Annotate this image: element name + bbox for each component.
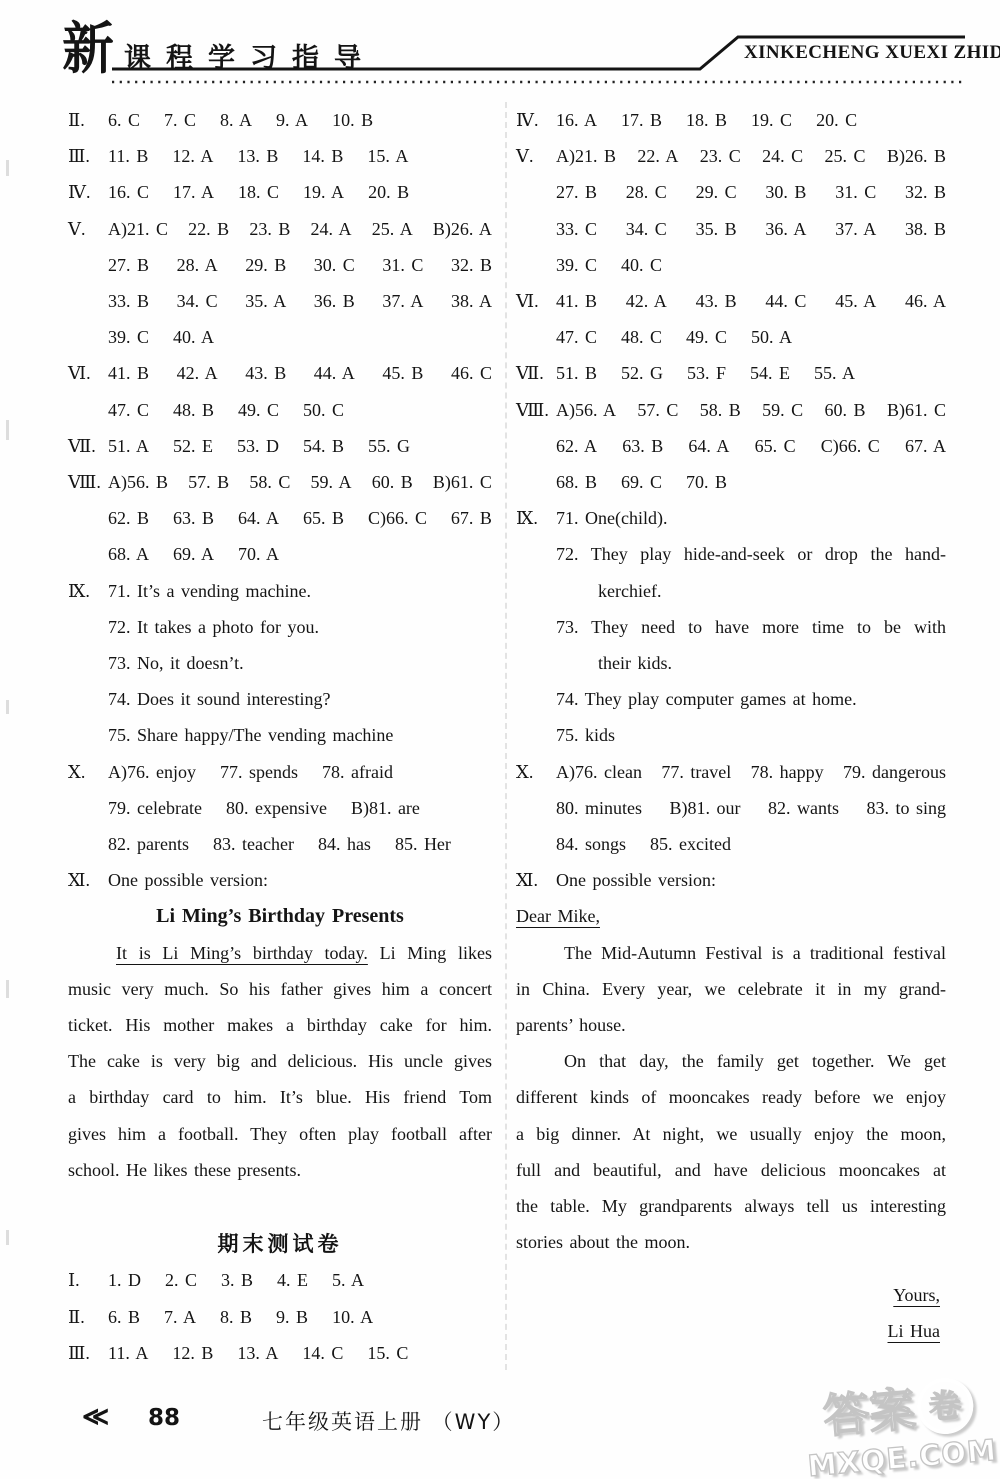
answer-item: 60. B bbox=[825, 392, 866, 428]
answer-item: 43. B bbox=[696, 283, 737, 319]
text-line: school. He likes these presents. bbox=[68, 1152, 492, 1188]
text-line: The cake is very big and delicious. His … bbox=[68, 1043, 492, 1079]
answer-row: 80. minutesB)81. our82. wants83. to sing bbox=[516, 790, 946, 826]
text-line: It is Li Ming’s birthday today. Li Ming … bbox=[68, 935, 492, 971]
section-numeral: Ⅸ. bbox=[516, 500, 556, 536]
answer-item: 7. A bbox=[164, 1299, 196, 1335]
answer-item: 77. spends bbox=[220, 754, 298, 790]
text-segment: Li Ming likes bbox=[368, 943, 492, 963]
answer-item: 45. A bbox=[835, 283, 876, 319]
answer-row: Ⅷ.A)56. A57. C58. B59. C60. BB)61. C bbox=[516, 392, 946, 428]
answer-item: 17. B bbox=[621, 102, 662, 138]
answer-row: Ⅵ.41. B42. A43. B44. A45. B46. C bbox=[68, 355, 492, 391]
answer-items: 39. C40. A bbox=[108, 319, 492, 355]
answer-row: Ⅰ.1. D2. C3. B4. E5. A bbox=[68, 1262, 492, 1298]
answer-item: 71. One(child). bbox=[556, 500, 667, 536]
answer-item: 63. B bbox=[622, 428, 663, 464]
answer-item: 38. A bbox=[451, 283, 492, 319]
watermark: 答案 卷 MXQE.COM bbox=[801, 1374, 998, 1479]
answer-items: A)56. A57. C58. B59. C60. BB)61. C bbox=[556, 392, 946, 428]
answer-item: 50. C bbox=[303, 392, 344, 428]
answer-item: 9. B bbox=[276, 1299, 308, 1335]
answer-items: 6. B7. A8. B9. B10. A bbox=[108, 1299, 492, 1335]
answer-items: One possible version: bbox=[108, 862, 492, 898]
answer-item: 47. C bbox=[108, 392, 149, 428]
answer-items: 27. B28. A29. B30. C31. C32. B bbox=[108, 247, 492, 283]
answer-row: 79. celebrate80. expensiveB)81. are bbox=[68, 790, 492, 826]
answer-items: 62. A63. B64. A65. CC)66. C67. A bbox=[556, 428, 946, 464]
answer-items: 16. A17. B18. B19. C20. C bbox=[556, 102, 946, 138]
answer-item: 23. C bbox=[700, 138, 741, 174]
scan-artifact bbox=[6, 160, 9, 176]
section-numeral: Ⅰ. bbox=[68, 1262, 108, 1298]
text-line: full and beautiful, and have delicious m… bbox=[516, 1152, 946, 1188]
answer-item: 34. C bbox=[626, 211, 667, 247]
underlined-text: Yours, bbox=[893, 1285, 940, 1305]
answer-row: Ⅳ.16. C17. A18. C19. A20. B bbox=[68, 174, 492, 210]
text-line: 73. They need to have more time to be wi… bbox=[516, 609, 946, 645]
answer-item: 12. B bbox=[172, 1335, 213, 1371]
answer-item: 24. A bbox=[311, 211, 352, 247]
answer-item: One possible version: bbox=[108, 862, 268, 898]
answer-item: 13. B bbox=[237, 138, 278, 174]
answer-item: 60. B bbox=[372, 464, 413, 500]
answer-item: 59. C bbox=[762, 392, 803, 428]
section-numeral: Ⅶ. bbox=[516, 355, 556, 391]
answer-item: 50. A bbox=[751, 319, 792, 355]
answer-items: 68. A69. A70. A bbox=[108, 536, 492, 572]
answer-items: 79. celebrate80. expensiveB)81. are bbox=[108, 790, 492, 826]
text-line: in China. Every year, we celebrate it in… bbox=[516, 971, 946, 1007]
answer-item: 84. songs bbox=[556, 826, 626, 862]
text-line: parents’ house. bbox=[516, 1007, 946, 1043]
answer-item: 47. C bbox=[556, 319, 597, 355]
answer-item: 14. B bbox=[302, 138, 343, 174]
answer-row: Ⅴ.A)21. C22. B23. B24. A25. AB)26. A bbox=[68, 211, 492, 247]
answer-item: 29. B bbox=[245, 247, 286, 283]
answer-item: 40. C bbox=[621, 247, 662, 283]
text-line: 73. No, it doesn’t. bbox=[68, 645, 492, 681]
answer-row: Ⅲ.11. A12. B13. A14. C15. C bbox=[68, 1335, 492, 1371]
answer-item: B)61. C bbox=[433, 464, 492, 500]
answer-item: 48. B bbox=[173, 392, 214, 428]
answer-item: 6. C bbox=[108, 102, 140, 138]
answer-row: 62. B63. B64. A65. BC)66. C67. B bbox=[68, 500, 492, 536]
answer-item: 64. A bbox=[688, 428, 729, 464]
answer-row: Ⅶ.51. A52. E53. D54. B55. G bbox=[68, 428, 492, 464]
answer-item: 44. A bbox=[314, 355, 355, 391]
section-numeral: Ⅺ. bbox=[68, 862, 108, 898]
answer-item: 44. C bbox=[765, 283, 806, 319]
answer-item: 49. C bbox=[238, 392, 279, 428]
answer-item: 2. C bbox=[165, 1262, 197, 1298]
answer-item: 15. A bbox=[367, 138, 408, 174]
answer-item: C)66. C bbox=[368, 500, 427, 536]
answer-item: 10. A bbox=[332, 1299, 373, 1335]
answer-item: 67. B bbox=[451, 500, 492, 536]
answer-item: 85. excited bbox=[650, 826, 731, 862]
answer-item: A)56. B bbox=[108, 464, 168, 500]
answer-row: 82. parents83. teacher84. has85. Her bbox=[68, 826, 492, 862]
answer-items: 27. B28. C29. C30. B31. C32. B bbox=[556, 174, 946, 210]
text-line: 72. It takes a photo for you. bbox=[68, 609, 492, 645]
answer-items: 84. songs85. excited bbox=[556, 826, 946, 862]
answer-content: Ⅱ.6. C7. C8. A9. A10. BⅢ.11. B12. A13. B… bbox=[68, 102, 946, 1371]
book-title: 七年级英语上册 （WY） bbox=[262, 1406, 515, 1436]
text-line: music very much. So his father gives him… bbox=[68, 971, 492, 1007]
answer-row: Ⅱ.6. C7. C8. A9. A10. B bbox=[68, 102, 492, 138]
answer-item: 18. B bbox=[686, 102, 727, 138]
answer-item: 22. A bbox=[637, 138, 678, 174]
answer-item: B)26. B bbox=[887, 138, 946, 174]
answer-item: 25. C bbox=[825, 138, 866, 174]
watermark-brand-text: 答案 bbox=[821, 1386, 917, 1440]
answer-item: 84. has bbox=[318, 826, 371, 862]
underlined-text: It is Li Ming’s birthday today. bbox=[116, 943, 368, 963]
text-line: 74. Does it sound interesting? bbox=[68, 681, 492, 717]
answer-row: 33. C34. C35. B36. A37. A38. B bbox=[516, 211, 946, 247]
answer-item: 38. B bbox=[905, 211, 946, 247]
answer-row: Ⅵ.41. B42. A43. B44. C45. A46. A bbox=[516, 283, 946, 319]
answer-row: Ⅲ.11. B12. A13. B14. B15. A bbox=[68, 138, 492, 174]
page-header: 新 课程学习指导 XINKECHENG XUEXI ZHIDAO⟩⟩⟩ bbox=[0, 0, 1000, 100]
answer-items: 41. B42. A43. B44. C45. A46. A bbox=[556, 283, 946, 319]
answer-item: 35. A bbox=[245, 283, 286, 319]
answer-item: 53. D bbox=[237, 428, 279, 464]
answer-item: B)26. A bbox=[433, 211, 492, 247]
answer-item: 69. C bbox=[621, 464, 662, 500]
answer-item: 23. B bbox=[249, 211, 290, 247]
scan-artifact bbox=[6, 1230, 9, 1245]
answer-item: 37. A bbox=[835, 211, 876, 247]
answer-items: 62. B63. B64. A65. BC)66. C67. B bbox=[108, 500, 492, 536]
answer-item: 27. B bbox=[556, 174, 597, 210]
underlined-text: Dear Mike, bbox=[516, 906, 600, 926]
section-numeral: Ⅷ. bbox=[68, 464, 108, 500]
answer-item: 85. Her bbox=[395, 826, 451, 862]
answer-item: 41. B bbox=[108, 355, 149, 391]
answer-items: 16. C17. A18. C19. A20. B bbox=[108, 174, 492, 210]
answer-item: 62. A bbox=[556, 428, 597, 464]
answer-item: 36. A bbox=[765, 211, 806, 247]
answer-item: 16. C bbox=[108, 174, 149, 210]
answer-item: 58. B bbox=[700, 392, 741, 428]
section-numeral: Ⅸ. bbox=[68, 573, 108, 609]
answer-row: Ⅺ.One possible version: bbox=[68, 862, 492, 898]
answer-item: 42. A bbox=[177, 355, 218, 391]
answer-item: 36. B bbox=[314, 283, 355, 319]
answer-item: 63. B bbox=[173, 500, 214, 536]
answer-item: 11. B bbox=[108, 138, 148, 174]
answer-item: 55. G bbox=[368, 428, 410, 464]
answer-item: 68. A bbox=[108, 536, 149, 572]
answer-item: 79. celebrate bbox=[108, 790, 202, 826]
answer-item: 17. A bbox=[173, 174, 214, 210]
answer-item: One possible version: bbox=[556, 862, 716, 898]
answer-item: 8. A bbox=[220, 102, 252, 138]
section-numeral: Ⅵ. bbox=[68, 355, 108, 391]
answer-row: 68. A69. A70. A bbox=[68, 536, 492, 572]
answer-item: 35. B bbox=[696, 211, 737, 247]
answer-item: 22. B bbox=[188, 211, 229, 247]
answer-item: 53. F bbox=[687, 355, 726, 391]
answer-item: 6. B bbox=[108, 1299, 140, 1335]
section-numeral: Ⅵ. bbox=[516, 283, 556, 319]
answer-items: 68. B69. C70. B bbox=[556, 464, 946, 500]
answer-row: Ⅸ.71. It’s a vending machine. bbox=[68, 573, 492, 609]
answer-item: 33. C bbox=[556, 211, 597, 247]
answer-item: 55. A bbox=[814, 355, 855, 391]
answer-item: 39. C bbox=[556, 247, 597, 283]
answer-item: 18. C bbox=[238, 174, 279, 210]
text-line: 75. kids bbox=[516, 717, 946, 753]
answer-item: 52. E bbox=[173, 428, 213, 464]
answer-row: 27. B28. C29. C30. B31. C32. B bbox=[516, 174, 946, 210]
text-line: different kinds of mooncakes ready befor… bbox=[516, 1079, 946, 1115]
answer-items: A)56. B57. B58. C59. A60. BB)61. C bbox=[108, 464, 492, 500]
answer-item: C)66. C bbox=[821, 428, 880, 464]
answer-items: 33. C34. C35. B36. A37. A38. B bbox=[556, 211, 946, 247]
answer-row: Ⅸ.71. One(child). bbox=[516, 500, 946, 536]
answer-item: 46. A bbox=[905, 283, 946, 319]
text-line: ticket. His mother makes a birthday cake… bbox=[68, 1007, 492, 1043]
answer-items: 71. One(child). bbox=[556, 500, 946, 536]
letter-closing: Yours, bbox=[516, 1277, 946, 1313]
section-numeral: Ⅶ. bbox=[68, 428, 108, 464]
answer-item: 32. B bbox=[905, 174, 946, 210]
answer-items: A)76. enjoy77. spends78. afraid bbox=[108, 754, 492, 790]
section-numeral: Ⅱ. bbox=[68, 102, 108, 138]
text-line: 72. They play hide-and-seek or drop the … bbox=[516, 536, 946, 572]
answer-items: 11. A12. B13. A14. C15. C bbox=[108, 1335, 492, 1371]
answer-item: 37. A bbox=[382, 283, 423, 319]
answer-item: 70. A bbox=[238, 536, 279, 572]
answer-item: 9. A bbox=[276, 102, 308, 138]
section-numeral: Ⅳ. bbox=[68, 174, 108, 210]
answer-row: 84. songs85. excited bbox=[516, 826, 946, 862]
answer-row: 47. C48. B49. C50. C bbox=[68, 392, 492, 428]
answer-item: 78. happy bbox=[751, 754, 824, 790]
section-numeral: Ⅺ. bbox=[516, 862, 556, 898]
answer-items: 33. B34. C35. A36. B37. A38. A bbox=[108, 283, 492, 319]
answer-item: 12. A bbox=[172, 138, 213, 174]
page-number: 88 bbox=[148, 1405, 180, 1431]
answer-item: 20. B bbox=[368, 174, 409, 210]
answer-item: 15. C bbox=[367, 1335, 408, 1371]
answer-item: 70. B bbox=[686, 464, 727, 500]
answer-item: 5. A bbox=[332, 1262, 364, 1298]
answer-row: 62. A63. B64. A65. CC)66. C67. A bbox=[516, 428, 946, 464]
answer-row: 27. B28. A29. B30. C31. C32. B bbox=[68, 247, 492, 283]
answer-item: 8. B bbox=[220, 1299, 252, 1335]
double-chevron-left-icon: ≪ bbox=[82, 1402, 109, 1432]
answer-row: 68. B69. C70. B bbox=[516, 464, 946, 500]
text-line: The Mid-Autumn Festival is a traditional… bbox=[516, 935, 946, 971]
answer-items: 80. minutesB)81. our82. wants83. to sing bbox=[556, 790, 946, 826]
answer-item: 78. afraid bbox=[322, 754, 393, 790]
answer-item: 19. C bbox=[751, 102, 792, 138]
answer-item: 39. C bbox=[108, 319, 149, 355]
answer-item: 32. B bbox=[451, 247, 492, 283]
text-line: gives him a football. They often play fo… bbox=[68, 1116, 492, 1152]
letter-salutation: Dear Mike, bbox=[516, 898, 946, 934]
answer-item: 33. B bbox=[108, 283, 149, 319]
answer-item: 80. expensive bbox=[226, 790, 327, 826]
section-numeral: Ⅲ. bbox=[68, 138, 108, 174]
scan-artifact bbox=[6, 700, 9, 714]
answer-item: 31. C bbox=[382, 247, 423, 283]
answer-items: 41. B42. A43. B44. A45. B46. C bbox=[108, 355, 492, 391]
answer-items: 47. C48. B49. C50. C bbox=[108, 392, 492, 428]
answer-item: 16. A bbox=[556, 102, 597, 138]
answer-item: 54. E bbox=[750, 355, 790, 391]
section-numeral: Ⅴ. bbox=[68, 211, 108, 247]
answer-items: A)21. C22. B23. B24. A25. AB)26. A bbox=[108, 211, 492, 247]
answer-items: A)76. clean77. travel78. happy79. danger… bbox=[556, 754, 946, 790]
text-line: kerchief. bbox=[516, 573, 946, 609]
watermark-circle-icon: 卷 bbox=[914, 1376, 975, 1437]
letter-signature: Li Hua bbox=[516, 1313, 946, 1349]
answer-item: 29. C bbox=[696, 174, 737, 210]
answer-item: 42. A bbox=[626, 283, 667, 319]
answer-item: 10. B bbox=[332, 102, 373, 138]
answer-row: Ⅺ.One possible version: bbox=[516, 862, 946, 898]
answer-item: 58. C bbox=[249, 464, 290, 500]
answer-item: 20. C bbox=[816, 102, 857, 138]
text-line: 74. They play computer games at home. bbox=[516, 681, 946, 717]
answer-item: 57. C bbox=[637, 392, 678, 428]
answer-item: 24. C bbox=[762, 138, 803, 174]
answer-row: Ⅹ.A)76. clean77. travel78. happy79. dang… bbox=[516, 754, 946, 790]
answer-items: 47. C48. C49. C50. A bbox=[556, 319, 946, 355]
answer-item: 71. It’s a vending machine. bbox=[108, 573, 311, 609]
text-line: their kids. bbox=[516, 645, 946, 681]
answer-item: 4. E bbox=[277, 1262, 308, 1298]
answer-row: 47. C48. C49. C50. A bbox=[516, 319, 946, 355]
answer-item: 30. C bbox=[314, 247, 355, 283]
answer-items: 39. C40. C bbox=[556, 247, 946, 283]
answer-item: 1. D bbox=[108, 1262, 141, 1298]
text-line: a big dinner. At night, we usually enjoy… bbox=[516, 1116, 946, 1152]
left-column: Ⅱ.6. C7. C8. A9. A10. BⅢ.11. B12. A13. B… bbox=[68, 102, 492, 1371]
answer-item: 25. A bbox=[372, 211, 413, 247]
answer-item: 51. A bbox=[108, 428, 149, 464]
answer-item: 69. A bbox=[173, 536, 214, 572]
answer-items: 51. B52. G53. F54. E55. A bbox=[556, 355, 946, 391]
answer-item: 79. dangerous bbox=[843, 754, 946, 790]
answer-item: 64. A bbox=[238, 500, 279, 536]
answer-item: 46. C bbox=[451, 355, 492, 391]
answer-item: 65. C bbox=[755, 428, 796, 464]
answer-item: 57. B bbox=[188, 464, 229, 500]
answer-row: Ⅳ.16. A17. B18. B19. C20. C bbox=[516, 102, 946, 138]
header-pinyin-text: XINKECHENG XUEXI ZHIDAO bbox=[744, 42, 1000, 63]
answer-item: 45. B bbox=[382, 355, 423, 391]
answer-item: 83. teacher bbox=[213, 826, 294, 862]
text-line: stories about the moon. bbox=[516, 1224, 946, 1260]
answer-item: 34. C bbox=[177, 283, 218, 319]
answer-item: 68. B bbox=[556, 464, 597, 500]
answer-item: A)76. enjoy bbox=[108, 754, 196, 790]
section-numeral: Ⅴ. bbox=[516, 138, 556, 174]
answer-row: 39. C40. A bbox=[68, 319, 492, 355]
answer-item: 65. B bbox=[303, 500, 344, 536]
answer-item: 11. A bbox=[108, 1335, 148, 1371]
answer-items: 51. A52. E53. D54. B55. G bbox=[108, 428, 492, 464]
answer-items: 1. D2. C3. B4. E5. A bbox=[108, 1262, 492, 1298]
answer-items: 6. C7. C8. A9. A10. B bbox=[108, 102, 492, 138]
answer-item: A)21. C bbox=[108, 211, 168, 247]
exam-title: 期末测试卷 bbox=[68, 1226, 492, 1262]
answer-item: 28. C bbox=[626, 174, 667, 210]
section-numeral: Ⅹ. bbox=[516, 754, 556, 790]
answer-item: 52. G bbox=[621, 355, 663, 391]
answer-item: 59. A bbox=[311, 464, 352, 500]
answer-item: 27. B bbox=[108, 247, 149, 283]
answer-item: 82. wants bbox=[768, 790, 839, 826]
essay-title: Li Ming’s Birthday Presents bbox=[68, 898, 492, 934]
scan-artifact bbox=[6, 420, 9, 440]
answer-row: 33. B34. C35. A36. B37. A38. A bbox=[68, 283, 492, 319]
answer-items: 71. It’s a vending machine. bbox=[108, 573, 492, 609]
answer-item: 67. A bbox=[905, 428, 946, 464]
answer-item: 80. minutes bbox=[556, 790, 642, 826]
answer-item: A)21. B bbox=[556, 138, 616, 174]
answer-item: A)56. A bbox=[556, 392, 616, 428]
header-pinyin: XINKECHENG XUEXI ZHIDAO⟩⟩⟩ bbox=[744, 41, 1000, 64]
answer-item: 19. A bbox=[303, 174, 344, 210]
answer-item: 49. C bbox=[686, 319, 727, 355]
answer-row: Ⅴ.A)21. B22. A23. C24. C25. CB)26. B bbox=[516, 138, 946, 174]
answer-items: A)21. B22. A23. C24. C25. CB)26. B bbox=[556, 138, 946, 174]
answer-items: 82. parents83. teacher84. has85. Her bbox=[108, 826, 492, 862]
answer-item: 82. parents bbox=[108, 826, 189, 862]
underlined-text: Li Hua bbox=[888, 1321, 940, 1341]
text-line: the table. My grandparents always tell u… bbox=[516, 1188, 946, 1224]
answer-item: 31. C bbox=[835, 174, 876, 210]
section-numeral: Ⅱ. bbox=[68, 1299, 108, 1335]
answer-item: 30. B bbox=[765, 174, 806, 210]
answer-item: 7. C bbox=[164, 102, 196, 138]
text-line: 75. Share happy/The vending machine bbox=[68, 717, 492, 753]
answer-item: 3. B bbox=[221, 1262, 253, 1298]
scan-artifact bbox=[6, 980, 9, 998]
answer-item: 51. B bbox=[556, 355, 597, 391]
section-numeral: Ⅹ. bbox=[68, 754, 108, 790]
answer-item: 77. travel bbox=[661, 754, 731, 790]
answer-row: 39. C40. C bbox=[516, 247, 946, 283]
answer-row: Ⅶ.51. B52. G53. F54. E55. A bbox=[516, 355, 946, 391]
answer-row: Ⅷ.A)56. B57. B58. C59. A60. BB)61. C bbox=[68, 464, 492, 500]
answer-item: A)76. clean bbox=[556, 754, 642, 790]
text-line: a birthday card to him. It’s blue. His f… bbox=[68, 1079, 492, 1115]
answer-item: 14. C bbox=[302, 1335, 343, 1371]
section-numeral: Ⅲ. bbox=[68, 1335, 108, 1371]
text-line: On that day, the family get together. We… bbox=[516, 1043, 946, 1079]
section-numeral: Ⅷ. bbox=[516, 392, 556, 428]
answer-item: 28. A bbox=[177, 247, 218, 283]
answer-item: B)81. are bbox=[351, 790, 420, 826]
section-numeral: Ⅳ. bbox=[516, 102, 556, 138]
answer-row: Ⅹ.A)76. enjoy77. spends78. afraid bbox=[68, 754, 492, 790]
answer-item: 41. B bbox=[556, 283, 597, 319]
answer-item: B)81. our bbox=[669, 790, 740, 826]
answer-item: 62. B bbox=[108, 500, 149, 536]
answer-item: 48. C bbox=[621, 319, 662, 355]
answer-item: 54. B bbox=[303, 428, 344, 464]
answer-item: B)61. C bbox=[887, 392, 946, 428]
answer-items: One possible version: bbox=[556, 862, 946, 898]
